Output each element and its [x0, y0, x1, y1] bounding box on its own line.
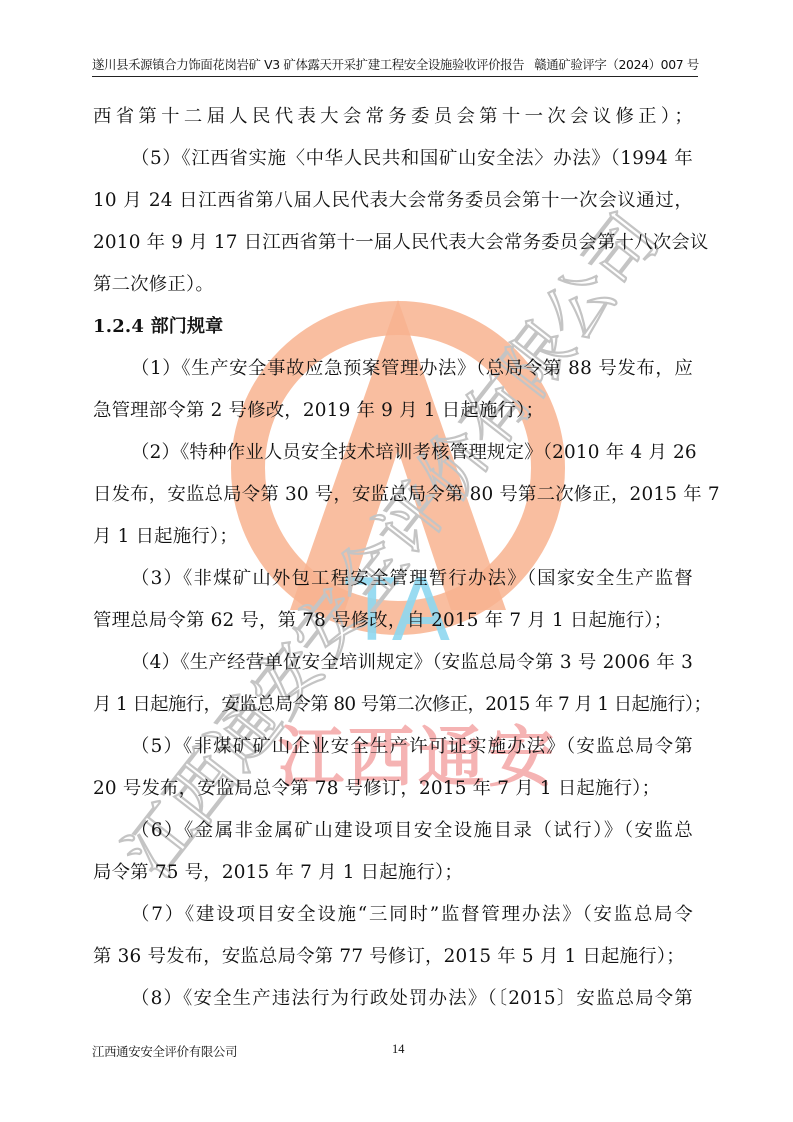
paragraph-line: 2010 年 9 月 17 日江西省第十一届人民代表大会常务委员会第十八次会议	[93, 222, 693, 264]
paragraph-line: （4）《生产经营单位安全培训规定》（安监总局令第 3 号 2006 年 3	[93, 642, 693, 684]
paragraph-line: （6）《金属非金属矿山建设项目安全设施目录（试行）》（安监总	[93, 810, 693, 852]
paragraph-line: 日发布，安监总局令第 30 号，安监总局令第 80 号第二次修正，2015 年 …	[93, 474, 693, 516]
document-body: 西省第十二届人民代表大会常务委员会第十一次会议修正）； （5）《江西省实施〈中华…	[93, 96, 693, 1020]
section-heading: 1.2.4 部门规章	[93, 306, 693, 348]
paragraph-line: 10 月 24 日江西省第八届人民代表大会常务委员会第十一次会议通过，	[93, 180, 693, 222]
paragraph-line: （5）《江西省实施〈中华人民共和国矿山安全法〉办法》（1994 年	[93, 138, 693, 180]
paragraph-line: 急管理部令第 2 号修改，2019 年 9 月 1 日起施行）；	[93, 390, 693, 432]
footer-company: 江西通安安全评价有限公司	[92, 1042, 237, 1060]
page-number: 14	[392, 1042, 404, 1057]
paragraph-line: 第二次修正）。	[93, 264, 693, 306]
paragraph-line: 月 1 日起施行）；	[93, 516, 693, 558]
paragraph-line: （7）《建设项目安全设施“三同时”监督管理办法》（安监总局令	[93, 894, 693, 936]
paragraph-line: （2）《特种作业人员安全技术培训考核管理规定》（2010 年 4 月 26	[93, 432, 693, 474]
paragraph-line: 月 1 日起施行，安监总局令第 80 号第二次修正，2015 年 7 月 1 日…	[93, 684, 693, 726]
paragraph-line: 局令第 75 号，2015 年 7 月 1 日起施行）；	[93, 852, 693, 894]
paragraph-line: 管理总局令第 62 号，第 78 号修改，自 2015 年 7 月 1 日起施行…	[93, 600, 693, 642]
paragraph-line: 20 号发布，安监局总令第 78 号修订，2015 年 7 月 1 日起施行）；	[93, 768, 693, 810]
document-page: 遂川县禾源镇合力饰面花岗岩矿 V3 矿体露天开采扩建工程安全设施验收评价报告 赣…	[0, 0, 793, 1122]
paragraph-line: 第 36 号发布，安监总局令第 77 号修订，2015 年 5 月 1 日起施行…	[93, 936, 693, 978]
paragraph-line: （1）《生产安全事故应急预案管理办法》（总局令第 88 号发布，应	[93, 348, 693, 390]
document-number: 赣通矿验评字（2024）007 号	[534, 56, 699, 76]
paragraph-line: （8）《安全生产违法行为行政处罚办法》（〔2015〕安监总局令第	[93, 978, 693, 1020]
page-header: 遂川县禾源镇合力饰面花岗岩矿 V3 矿体露天开采扩建工程安全设施验收评价报告 赣…	[92, 56, 698, 77]
report-title: 遂川县禾源镇合力饰面花岗岩矿 V3 矿体露天开采扩建工程安全设施验收评价报告	[92, 56, 524, 76]
paragraph-line: （5）《非煤矿矿山企业安全生产许可证实施办法》（安监总局令第	[93, 726, 693, 768]
paragraph-line: （3）《非煤矿山外包工程安全管理暂行办法》（国家安全生产监督	[93, 558, 693, 600]
paragraph-line: 西省第十二届人民代表大会常务委员会第十一次会议修正）；	[93, 96, 693, 138]
